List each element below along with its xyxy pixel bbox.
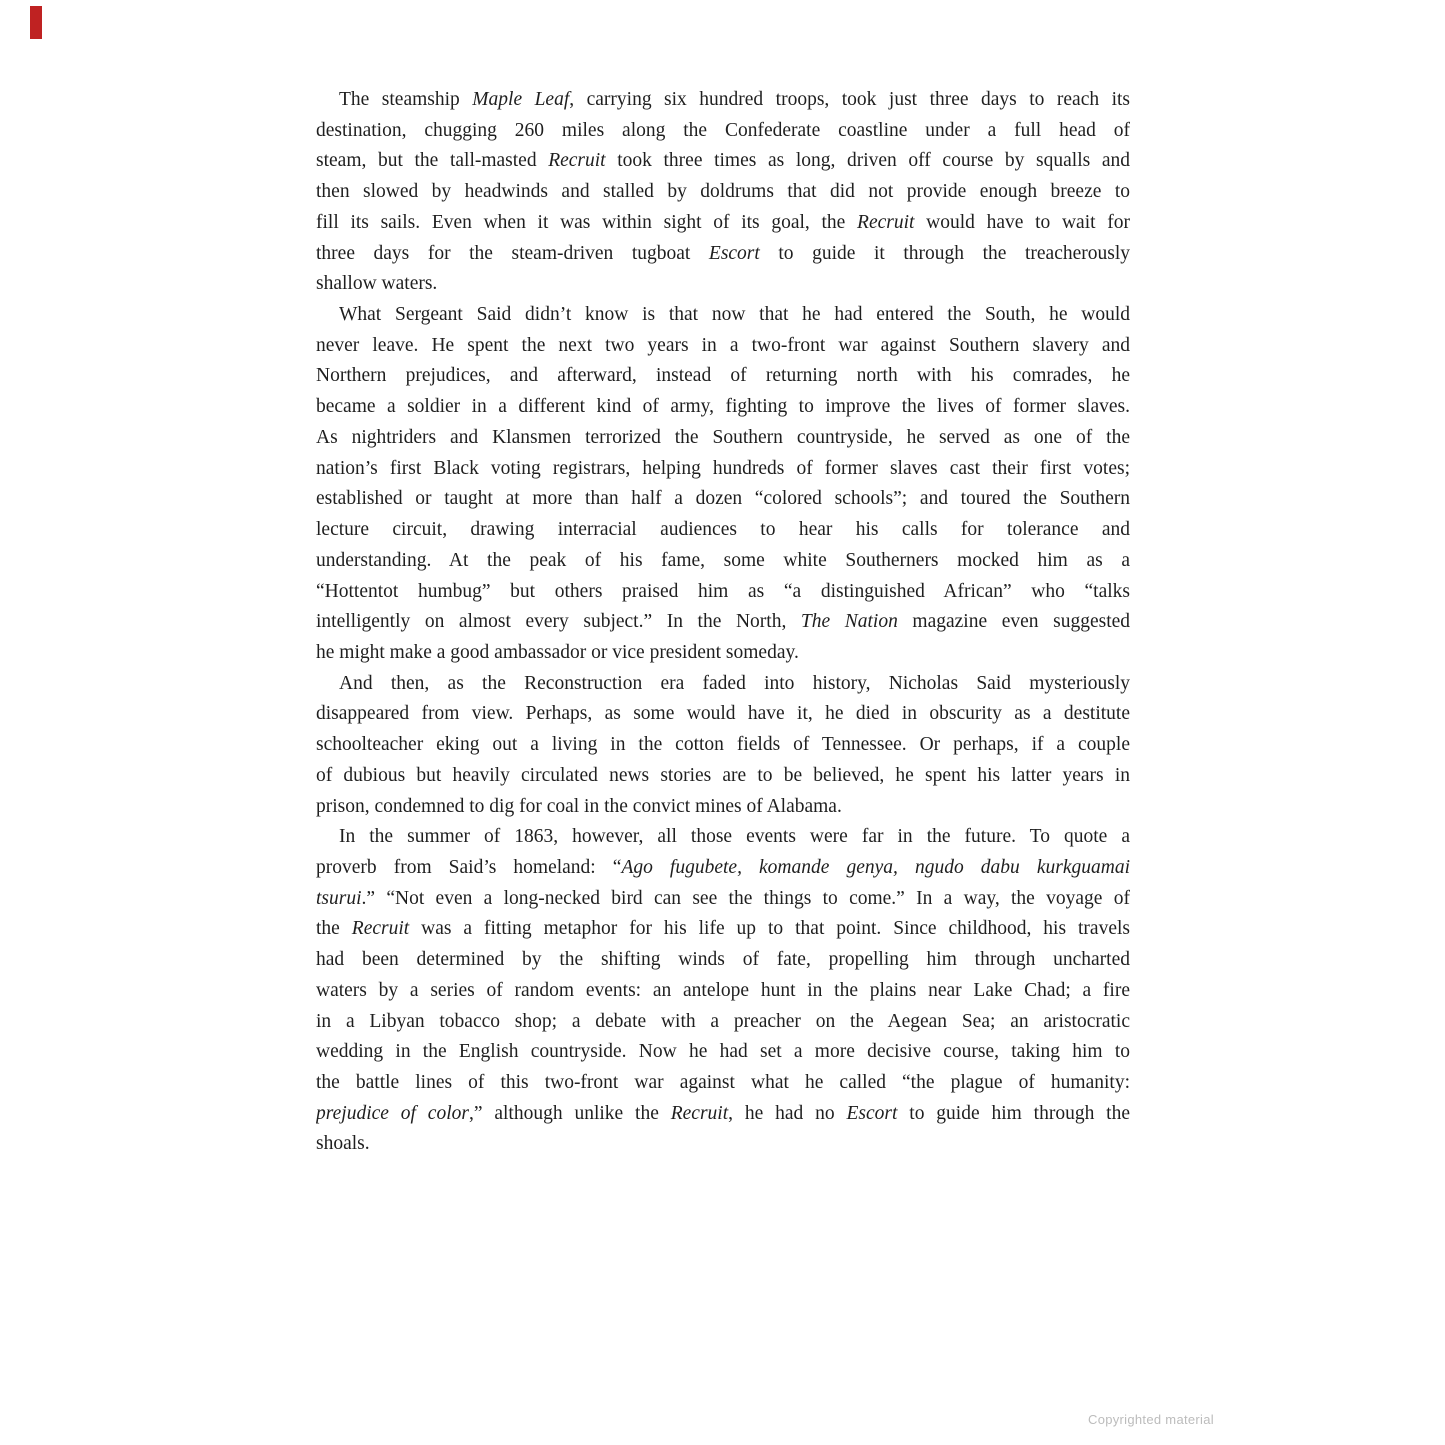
text-line: three days for the steam-driven tugboat … <box>316 239 1130 270</box>
book-page: The steamship Maple Leaf, carrying six h… <box>0 0 1445 1445</box>
text-line: shoals. <box>316 1129 1130 1160</box>
italic-text-segment: prejudice of color <box>316 1103 469 1124</box>
italic-text-segment: Recruit <box>352 918 409 939</box>
text-segment: in a Libyan tobacco shop; a debate with … <box>316 1011 1130 1032</box>
text-line: of dubious but heavily circulated news s… <box>316 761 1130 792</box>
text-segment: disappeared from view. Perhaps, as some … <box>316 703 1130 724</box>
text-segment: became a soldier in a different kind of … <box>316 396 1130 417</box>
text-segment: he might make a good ambassador or vice … <box>316 642 799 663</box>
text-line: tsurui.” “Not even a long-necked bird ca… <box>316 884 1130 915</box>
text-segment: shoals. <box>316 1133 370 1154</box>
text-line: fill its sails. Even when it was within … <box>316 208 1130 239</box>
text-segment: would have to wait for <box>914 212 1130 233</box>
text-segment: then slowed by headwinds and stalled by … <box>316 181 1130 202</box>
text-line: lecture circuit, drawing interracial aud… <box>316 515 1130 546</box>
paragraph: What Sergeant Said didn’t know is that n… <box>316 300 1130 669</box>
text-line: never leave. He spent the next two years… <box>316 331 1130 362</box>
text-segment: took three times as long, driven off cou… <box>606 150 1130 171</box>
text-segment: to guide it through the treacherously <box>760 243 1130 264</box>
text-segment: The steamship <box>339 89 472 110</box>
text-segment: had been determined by the shifting wind… <box>316 949 1130 970</box>
red-bookmark-mark <box>30 6 42 39</box>
text-line: schoolteacher eking out a living in the … <box>316 730 1130 761</box>
text-segment: never leave. He spent the next two years… <box>316 335 1130 356</box>
text-line: in a Libyan tobacco shop; a debate with … <box>316 1007 1130 1038</box>
paragraph: In the summer of 1863, however, all thos… <box>316 822 1130 1160</box>
text-segment: three days for the steam-driven tugboat <box>316 243 709 264</box>
text-segment: magazine even suggested <box>898 611 1130 632</box>
text-segment: wedding in the English countryside. Now … <box>316 1041 1130 1062</box>
text-line: The steamship Maple Leaf, carrying six h… <box>316 85 1130 116</box>
text-segment: , he had no <box>728 1103 846 1124</box>
text-segment: nation’s first Black voting registrars, … <box>316 458 1130 479</box>
text-segment: shallow waters. <box>316 273 437 294</box>
text-line: the Recruit was a fitting metaphor for h… <box>316 914 1130 945</box>
text-line: then slowed by headwinds and stalled by … <box>316 177 1130 208</box>
text-segment: lecture circuit, drawing interracial aud… <box>316 519 1130 540</box>
text-line: wedding in the English countryside. Now … <box>316 1037 1130 1068</box>
text-segment: And then, as the Reconstruction era fade… <box>339 673 1130 694</box>
text-line: Northern prejudices, and afterward, inst… <box>316 361 1130 392</box>
text-segment: intelligently on almost every subject.” … <box>316 611 801 632</box>
text-line: the battle lines of this two-front war a… <box>316 1068 1130 1099</box>
text-segment: destination, chugging 260 miles along th… <box>316 120 1130 141</box>
text-line: proverb from Said’s homeland: “Ago fugub… <box>316 853 1130 884</box>
text-segment: was a fitting metaphor for his life up t… <box>409 918 1130 939</box>
text-segment: In the summer of 1863, however, all thos… <box>339 826 1130 847</box>
text-line: became a soldier in a different kind of … <box>316 392 1130 423</box>
italic-text-segment: tsurui <box>316 888 362 909</box>
text-line: intelligently on almost every subject.” … <box>316 607 1130 638</box>
text-line: prison, condemned to dig for coal in the… <box>316 792 1130 823</box>
text-segment: schoolteacher eking out a living in the … <box>316 734 1130 755</box>
italic-text-segment: Maple Leaf <box>472 89 569 110</box>
text-line: What Sergeant Said didn’t know is that n… <box>316 300 1130 331</box>
text-line: he might make a good ambassador or vice … <box>316 638 1130 669</box>
text-line: disappeared from view. Perhaps, as some … <box>316 699 1130 730</box>
italic-text-segment: Escort <box>847 1103 898 1124</box>
text-segment: to guide him through the <box>897 1103 1130 1124</box>
text-line: “Hottentot humbug” but others praised hi… <box>316 577 1130 608</box>
text-segment: steam, but the tall-masted <box>316 150 548 171</box>
text-segment: “Hottentot humbug” but others praised hi… <box>316 581 1130 602</box>
italic-text-segment: Ago fugubete, komande genya, ngudo dabu … <box>621 857 1130 878</box>
text-segment: ,” although unlike the <box>469 1103 671 1124</box>
text-line: waters by a series of random events: an … <box>316 976 1130 1007</box>
text-line: established or taught at more than half … <box>316 484 1130 515</box>
copyright-watermark: Copyrighted material <box>1088 1412 1214 1427</box>
text-line: And then, as the Reconstruction era fade… <box>316 669 1130 700</box>
text-segment: As nightriders and Klansmen terrorized t… <box>316 427 1130 448</box>
text-segment: Northern prejudices, and afterward, inst… <box>316 365 1130 386</box>
page-text: The steamship Maple Leaf, carrying six h… <box>316 85 1130 1160</box>
italic-text-segment: The Nation <box>801 611 898 632</box>
text-segment: the <box>316 918 352 939</box>
text-line: steam, but the tall-masted Recruit took … <box>316 146 1130 177</box>
italic-text-segment: Recruit <box>857 212 914 233</box>
text-line: had been determined by the shifting wind… <box>316 945 1130 976</box>
text-line: In the summer of 1863, however, all thos… <box>316 822 1130 853</box>
italic-text-segment: Escort <box>709 243 760 264</box>
paragraph: The steamship Maple Leaf, carrying six h… <box>316 85 1130 300</box>
text-line: prejudice of color,” although unlike the… <box>316 1099 1130 1130</box>
italic-text-segment: Recruit <box>671 1103 728 1124</box>
text-segment: prison, condemned to dig for coal in the… <box>316 796 842 817</box>
text-line: As nightriders and Klansmen terrorized t… <box>316 423 1130 454</box>
text-segment: the battle lines of this two-front war a… <box>316 1072 1130 1093</box>
text-line: destination, chugging 260 miles along th… <box>316 116 1130 147</box>
text-segment: waters by a series of random events: an … <box>316 980 1130 1001</box>
text-segment: proverb from Said’s homeland: “ <box>316 857 621 878</box>
text-segment: , carrying six hundred troops, took just… <box>569 89 1130 110</box>
text-segment: .” “Not even a long-necked bird can see … <box>362 888 1130 909</box>
text-segment: established or taught at more than half … <box>316 488 1130 509</box>
text-line: understanding. At the peak of his fame, … <box>316 546 1130 577</box>
paragraph: And then, as the Reconstruction era fade… <box>316 669 1130 823</box>
text-line: shallow waters. <box>316 269 1130 300</box>
text-segment: fill its sails. Even when it was within … <box>316 212 857 233</box>
text-segment: of dubious but heavily circulated news s… <box>316 765 1130 786</box>
text-segment: understanding. At the peak of his fame, … <box>316 550 1130 571</box>
italic-text-segment: Recruit <box>548 150 605 171</box>
text-segment: What Sergeant Said didn’t know is that n… <box>339 304 1130 325</box>
text-line: nation’s first Black voting registrars, … <box>316 454 1130 485</box>
